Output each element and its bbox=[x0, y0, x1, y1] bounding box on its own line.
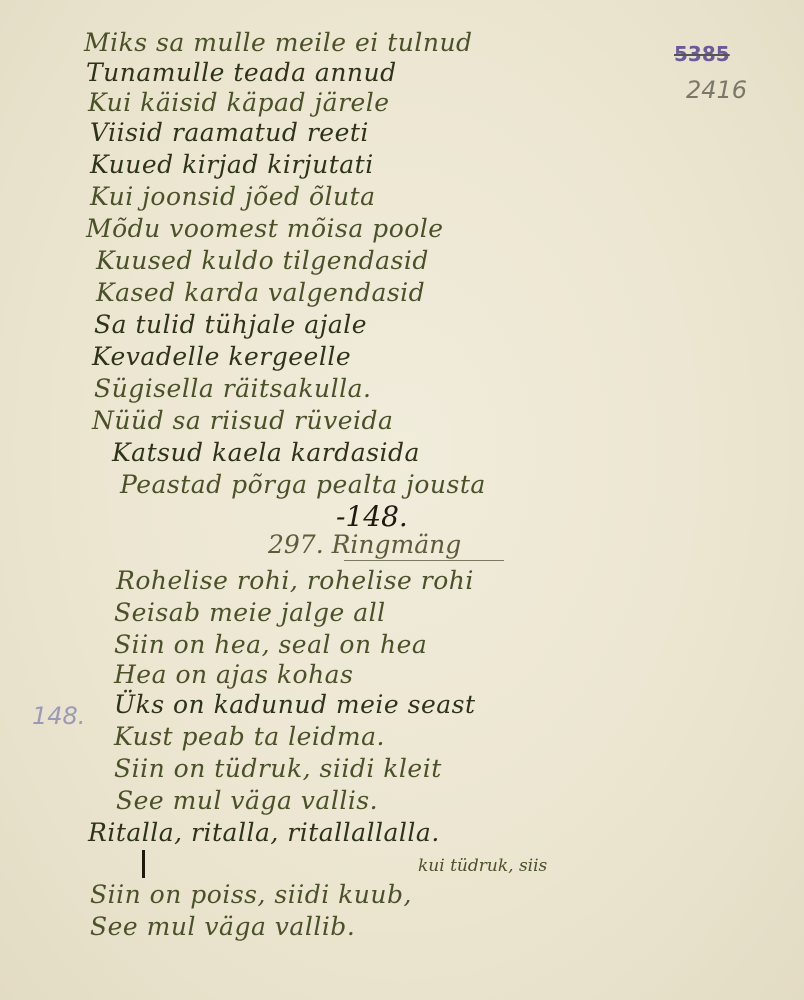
poem2-line: See mul väga vallis. bbox=[116, 786, 378, 815]
poem1-line: Kuued kirjad kirjutati bbox=[90, 150, 374, 179]
poem2-line: Üks on kadunud meie seast bbox=[114, 690, 476, 719]
poem1-line: Kui joonsid jõed õluta bbox=[90, 182, 376, 211]
poem1-line: Sügisella räitsakulla. bbox=[94, 374, 371, 403]
insertion-mark bbox=[142, 850, 145, 878]
crossed-out-archive-number: 5385 bbox=[674, 42, 730, 66]
poem2-line: Kust peab ta leidma. bbox=[114, 722, 385, 751]
poem1-line: Kui käisid käpad järele bbox=[88, 88, 390, 117]
poem2-line: Siin on hea, seal on hea bbox=[114, 630, 427, 659]
archive-number: 2416 bbox=[686, 76, 747, 104]
poem1-line: Viisid raamatud reeti bbox=[90, 118, 369, 147]
poem1-line: Kuused kuldo tilgendasid bbox=[96, 246, 429, 275]
song-title-text: 297. Ringmäng bbox=[268, 530, 461, 559]
poem1-line: Tunamulle teada annud bbox=[86, 58, 397, 87]
poem1-line: Kevadelle kergeelle bbox=[92, 342, 351, 371]
manuscript-page: 5385 2416 Miks sa mulle meile ei tulnud … bbox=[0, 0, 804, 1000]
poem2-alt-line: Siin on poiss, siidi kuub, bbox=[90, 880, 412, 909]
page-number-ink: -148. bbox=[336, 500, 408, 533]
poem1-line: Peastad põrga pealta jousta bbox=[120, 470, 486, 499]
margin-page-number: 148. bbox=[32, 702, 85, 730]
poem1-line: Katsud kaela kardasida bbox=[112, 438, 420, 467]
marginal-note: kui tüdruk, siis bbox=[418, 856, 547, 876]
song-title: 297. Ringmäng bbox=[268, 530, 461, 559]
poem2-line: Siin on tüdruk, siidi kleit bbox=[114, 754, 442, 783]
poem2-line: Rohelise rohi, rohelise rohi bbox=[116, 566, 474, 595]
poem1-line: Sa tulid tühjale ajale bbox=[94, 310, 367, 339]
poem1-line: Miks sa mulle meile ei tulnud bbox=[84, 28, 473, 57]
poem2-line: Ritalla, ritalla, ritallallalla. bbox=[88, 818, 440, 847]
poem1-line: Kased karda valgendasid bbox=[96, 278, 425, 307]
poem2-line: Hea on ajas kohas bbox=[114, 660, 353, 689]
poem1-line: Nüüd sa riisud rüveida bbox=[92, 406, 393, 435]
poem2-alt-line: See mul väga vallib. bbox=[90, 912, 355, 941]
poem2-line: Seisab meie jalge all bbox=[114, 598, 386, 627]
title-underline bbox=[344, 560, 504, 561]
poem1-line: Mõdu voomest mõisa poole bbox=[86, 214, 444, 243]
